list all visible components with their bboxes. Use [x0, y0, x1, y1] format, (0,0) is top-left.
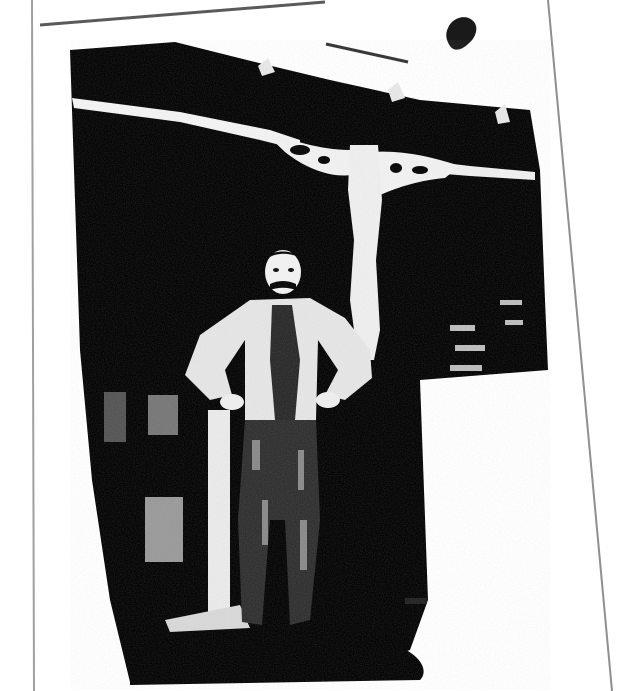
grain-overlay — [70, 40, 550, 690]
photograph — [0, 0, 629, 691]
